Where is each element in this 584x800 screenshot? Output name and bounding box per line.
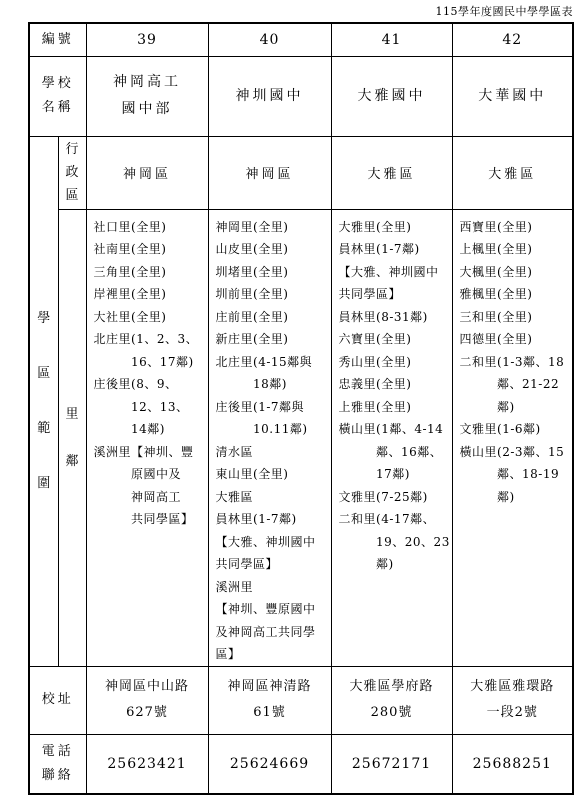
number-cell: 39 xyxy=(86,23,208,56)
school-district-table: 編號 39 40 41 42 學校 名稱 神岡高工 國中部 神圳國中 大雅國中 … xyxy=(28,22,574,795)
admin-district-cell: 神岡區 xyxy=(86,136,208,209)
school-name-cell: 神岡高工 國中部 xyxy=(86,56,208,136)
school-name-row-label: 學校 名稱 xyxy=(29,56,86,136)
admin-district-cell: 神岡區 xyxy=(208,136,331,209)
address-cell: 神岡區中山路 627號 xyxy=(86,666,208,734)
neighborhood-list-cell: 社口里(全里) 社南里(全里) 三角里(全里) 岸裡里(全里) 大社里(全里) … xyxy=(86,209,208,666)
row-address: 校址 神岡區中山路 627號 神岡區神清路 61號 大雅區學府路 280號 大雅… xyxy=(29,666,573,734)
row-school-name: 學校 名稱 神岡高工 國中部 神圳國中 大雅國中 大華國中 xyxy=(29,56,573,136)
number-cell: 42 xyxy=(452,23,573,56)
admin-district-cell: 大雅區 xyxy=(331,136,452,209)
address-cell: 大雅區雅環路 一段2號 xyxy=(452,666,573,734)
phone-cell: 25672171 xyxy=(331,734,452,794)
neighborhood-list-cell: 神岡里(全里) 山皮里(全里) 圳堵里(全里) 圳前里(全里) 庄前里(全里) … xyxy=(208,209,331,666)
address-cell: 神岡區神清路 61號 xyxy=(208,666,331,734)
school-name-cell: 大華國中 xyxy=(452,56,573,136)
admin-district-cell: 大雅區 xyxy=(452,136,573,209)
number-cell: 40 xyxy=(208,23,331,56)
phone-cell: 25623421 xyxy=(86,734,208,794)
document-page: 115學年度國民中學學區表 編號 39 40 41 42 學校 名稱 神岡高工 … xyxy=(0,0,584,800)
row-phone: 電話 聯絡 25623421 25624669 25672171 2568825… xyxy=(29,734,573,794)
school-name-cell: 神圳國中 xyxy=(208,56,331,136)
row-admin-district: 學 區 範 圍 行 政 區 神岡區 神岡區 大雅區 大雅區 xyxy=(29,136,573,209)
address-cell: 大雅區學府路 280號 xyxy=(331,666,452,734)
row-neighborhoods: 里 鄰 社口里(全里) 社南里(全里) 三角里(全里) 岸裡里(全里) 大社里(… xyxy=(29,209,573,666)
page-title: 115學年度國民中學學區表 xyxy=(436,3,574,19)
neighborhood-list-cell: 西寶里(全里) 上楓里(全里) 大楓里(全里) 雅楓里(全里) 三和里(全里) … xyxy=(452,209,573,666)
phone-cell: 25688251 xyxy=(452,734,573,794)
district-range-row-label: 學 區 範 圍 xyxy=(29,136,58,666)
phone-row-label: 電話 聯絡 xyxy=(29,734,86,794)
number-cell: 41 xyxy=(331,23,452,56)
number-row-label: 編號 xyxy=(29,23,86,56)
neighborhood-list-cell: 大雅里(全里) 員林里(1-7鄰) 【大雅、神圳國中 共同學區】 員林里(8-3… xyxy=(331,209,452,666)
row-number: 編號 39 40 41 42 xyxy=(29,23,573,56)
school-name-cell: 大雅國中 xyxy=(331,56,452,136)
neighborhood-row-label: 里 鄰 xyxy=(58,209,86,666)
admin-district-row-label: 行 政 區 xyxy=(58,136,86,209)
address-row-label: 校址 xyxy=(29,666,86,734)
phone-cell: 25624669 xyxy=(208,734,331,794)
